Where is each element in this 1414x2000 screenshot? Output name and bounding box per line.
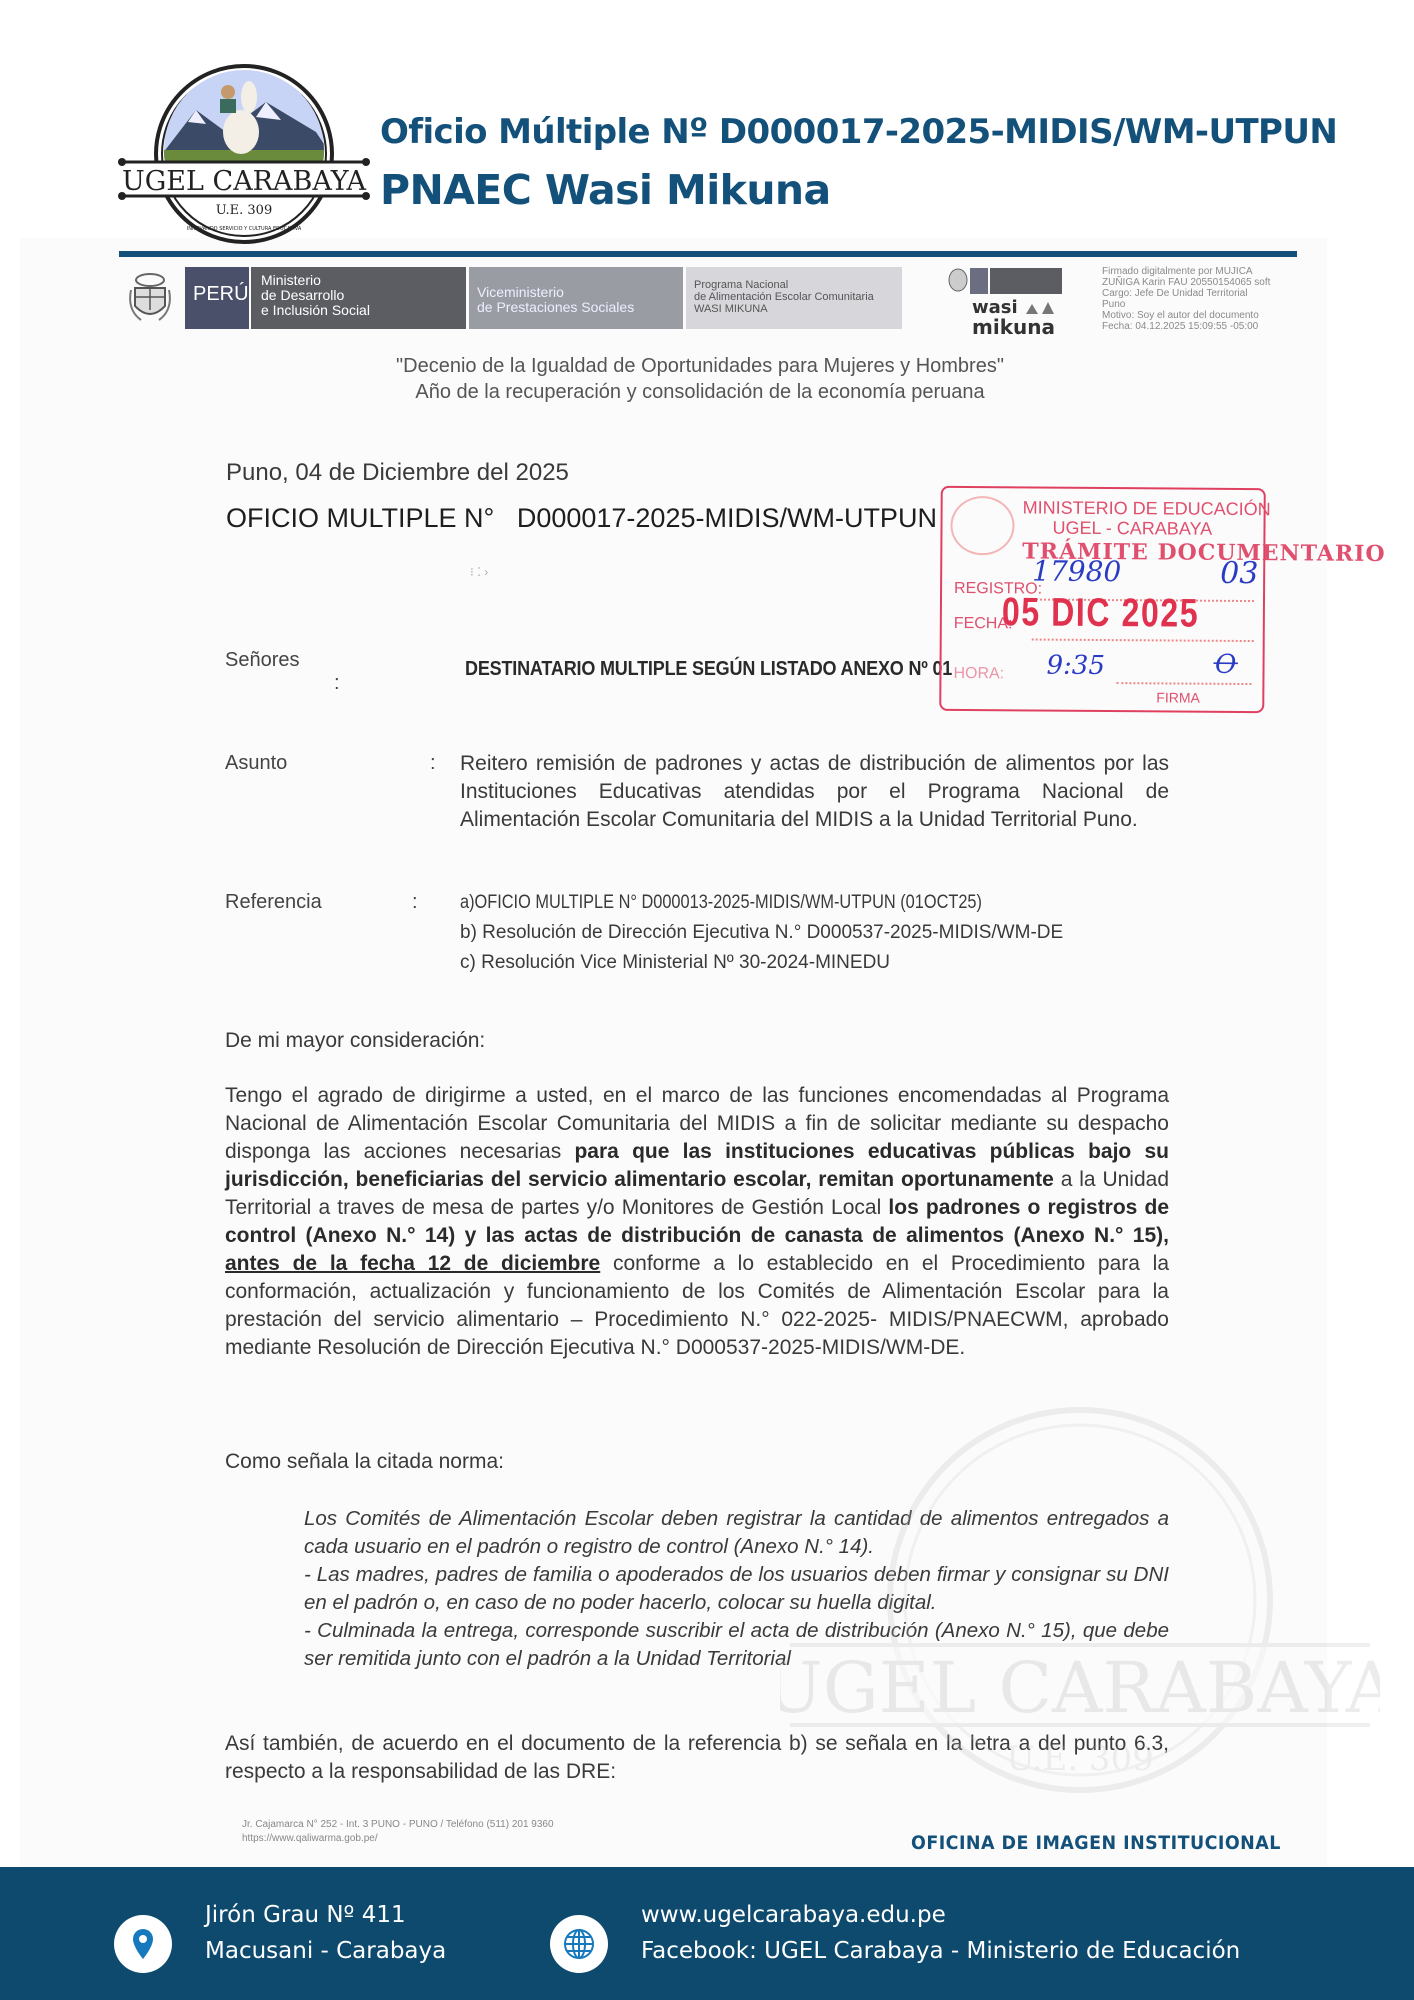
stamp-registro: 17980: [1032, 555, 1121, 589]
recipients: DESTINATARIO MULTIPLE SEGÚN LISTADO ANEX…: [465, 658, 952, 681]
oficio-number: OFICIO MULTIPLE N° D000017-2025-MIDIS/WM…: [226, 503, 937, 534]
banner-peru: PERÚ: [185, 267, 249, 329]
banner-viceministry: Viceministerio de Prestaciones Sociales: [469, 267, 683, 329]
page-title: Oficio Múltiple Nº D000017-2025-MIDIS/WM…: [380, 112, 1337, 152]
svg-text:wasi: wasi: [972, 297, 1018, 318]
website-link[interactable]: www.ugelcarabaya.edu.pe: [641, 1897, 1240, 1933]
stamp-initials: Ꝋ: [1213, 650, 1237, 680]
stamp-hora: 9:35: [1046, 651, 1105, 681]
facebook-link[interactable]: Facebook: UGEL Carabaya - Ministerio de …: [641, 1933, 1240, 1969]
globe-icon: [550, 1915, 608, 1973]
recipients-colon: :: [334, 672, 340, 695]
banner-ministry: Ministerio de Desarrollo e Inclusión Soc…: [251, 267, 466, 329]
svg-text:UGEL CARABAYA: UGEL CARABAYA: [122, 166, 367, 197]
svg-text:UGEL CARABAYA: UGEL CARABAYA: [780, 1647, 1380, 1729]
svg-text:U.E. 309: U.E. 309: [216, 203, 272, 218]
subject: Reitero remisión de padrones y actas de …: [460, 750, 1169, 834]
reference-c: c) Resolución Vice Ministerial Nº 30-202…: [460, 948, 1067, 978]
slogan-year: Año de la recuperación y consolidación d…: [280, 381, 1120, 404]
reference-a: a)OFICIO MULTIPLE N° D000013-2025-MIDIS/…: [460, 888, 982, 918]
banner-program: Programa Nacional de Alimentación Escola…: [686, 267, 902, 329]
reference-b: b) Resolución de Dirección Ejecutiva N.°…: [460, 918, 1067, 948]
stamp-folios: 03: [1220, 556, 1258, 591]
location-pin-icon: [114, 1915, 172, 1973]
header-divider: [119, 251, 1297, 257]
recipients-label: Señores: [225, 649, 300, 672]
scan-mark: ⁝ ⁚ ›: [470, 565, 488, 579]
footer-address: Jirón Grau Nº 411 Macusani - Carabaya: [205, 1897, 446, 1969]
reference-colon: :: [412, 891, 418, 914]
peru-coat-of-arms-icon: [127, 270, 173, 326]
footer-web: www.ugelcarabaya.edu.pe Facebook: UGEL C…: [641, 1897, 1240, 1969]
references: a)OFICIO MULTIPLE N° D000013-2025-MIDIS/…: [460, 888, 1067, 978]
svg-text:mikuna: mikuna: [972, 315, 1055, 336]
svg-text:INNOVANDO SERVICIO Y CULTURA E: INNOVANDO SERVICIO Y CULTURA EDUCATIVA: [187, 226, 302, 232]
svg-text:U.E. 309: U.E. 309: [1006, 1739, 1154, 1779]
body-paragraph: Tengo el agrado de dirigirme a usted, en…: [225, 1082, 1169, 1362]
place-date: Puno, 04 de Diciembre del 2025: [226, 459, 569, 487]
reference-label: Referencia: [225, 891, 322, 914]
slogan-decade: "Decenio de la Igualdad de Oportunidades…: [280, 355, 1120, 378]
office-label: OFICINA DE IMAGEN INSTITUCIONAL: [911, 1832, 1281, 1854]
stamp-seal-icon: [950, 496, 1014, 555]
reception-stamp: MINISTERIO DE EDUCACIÓN UGEL - CARABAYA …: [939, 486, 1266, 713]
stamp-fecha: 05 DIC 2025: [1002, 590, 1200, 636]
page-subtitle: PNAEC Wasi Mikuna: [380, 166, 831, 214]
subject-colon: :: [430, 752, 436, 775]
digital-signature: Firmado digitalmente por MUJICA ZUÑIGA K…: [1102, 266, 1270, 332]
scan-footer: Jr. Cajamarca N° 252 - Int. 3 PUNO - PUN…: [242, 1818, 554, 1846]
salutation: De mi mayor consideración:: [225, 1027, 1169, 1055]
watermark-logo: UGEL CARABAYA U.E. 309: [780, 1400, 1380, 1820]
wasi-mikuna-logo: mikuna wasi: [946, 266, 1096, 336]
ugel-carabaya-logo: UGEL CARABAYA U.E. 309 INNOVANDO SERVICI…: [116, 62, 372, 246]
subject-label: Asunto: [225, 752, 287, 775]
